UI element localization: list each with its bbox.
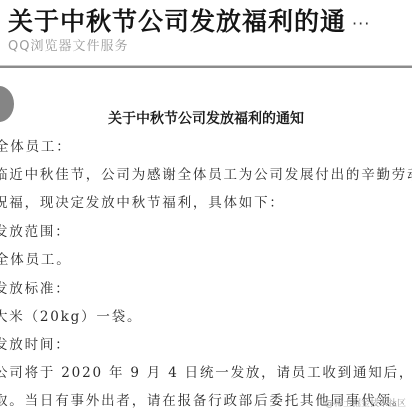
- section-body-time-line-1: 公司将于 2020 年 9 月 4 日统一发放，请员工收到通知后，按照名单自行前…: [0, 361, 412, 381]
- file-title-text: 关于中秋节公司发放福利的通: [8, 7, 346, 36]
- watermark: @稀土掘金技术社区: [325, 396, 406, 409]
- document-title: 关于中秋节公司发放福利的通知: [0, 108, 412, 128]
- section-body-scope: 全体员工。: [0, 248, 72, 268]
- section-heading-standard: 发放标准：: [0, 277, 71, 297]
- file-title: 关于中秋节公司发放福利的通···: [8, 2, 370, 38]
- section-body-standard: 大米（20kg）一袋。: [0, 305, 142, 325]
- body-paragraph-line-1: 临近中秋佳节，公司为感谢全体员工为公司发展付出的辛勤劳动和对全体员: [0, 163, 412, 183]
- app-header: 关于中秋节公司发放福利的通··· QQ浏览器文件服务: [0, 0, 412, 66]
- section-heading-time: 发放时间：: [0, 333, 71, 353]
- salutation-line: 全体员工：: [0, 135, 72, 155]
- body-paragraph-line-2: 祝福，现决定发放中秋节福利，具体如下：: [0, 191, 285, 211]
- section-heading-scope: 发放范围：: [0, 220, 71, 240]
- title-ellipsis: ···: [352, 14, 370, 33]
- document-viewer[interactable]: 关于中秋节公司发放福利的通知 全体员工： 临近中秋佳节，公司为感谢全体员工为公司…: [0, 68, 412, 412]
- service-name: QQ浏览器文件服务: [8, 35, 128, 54]
